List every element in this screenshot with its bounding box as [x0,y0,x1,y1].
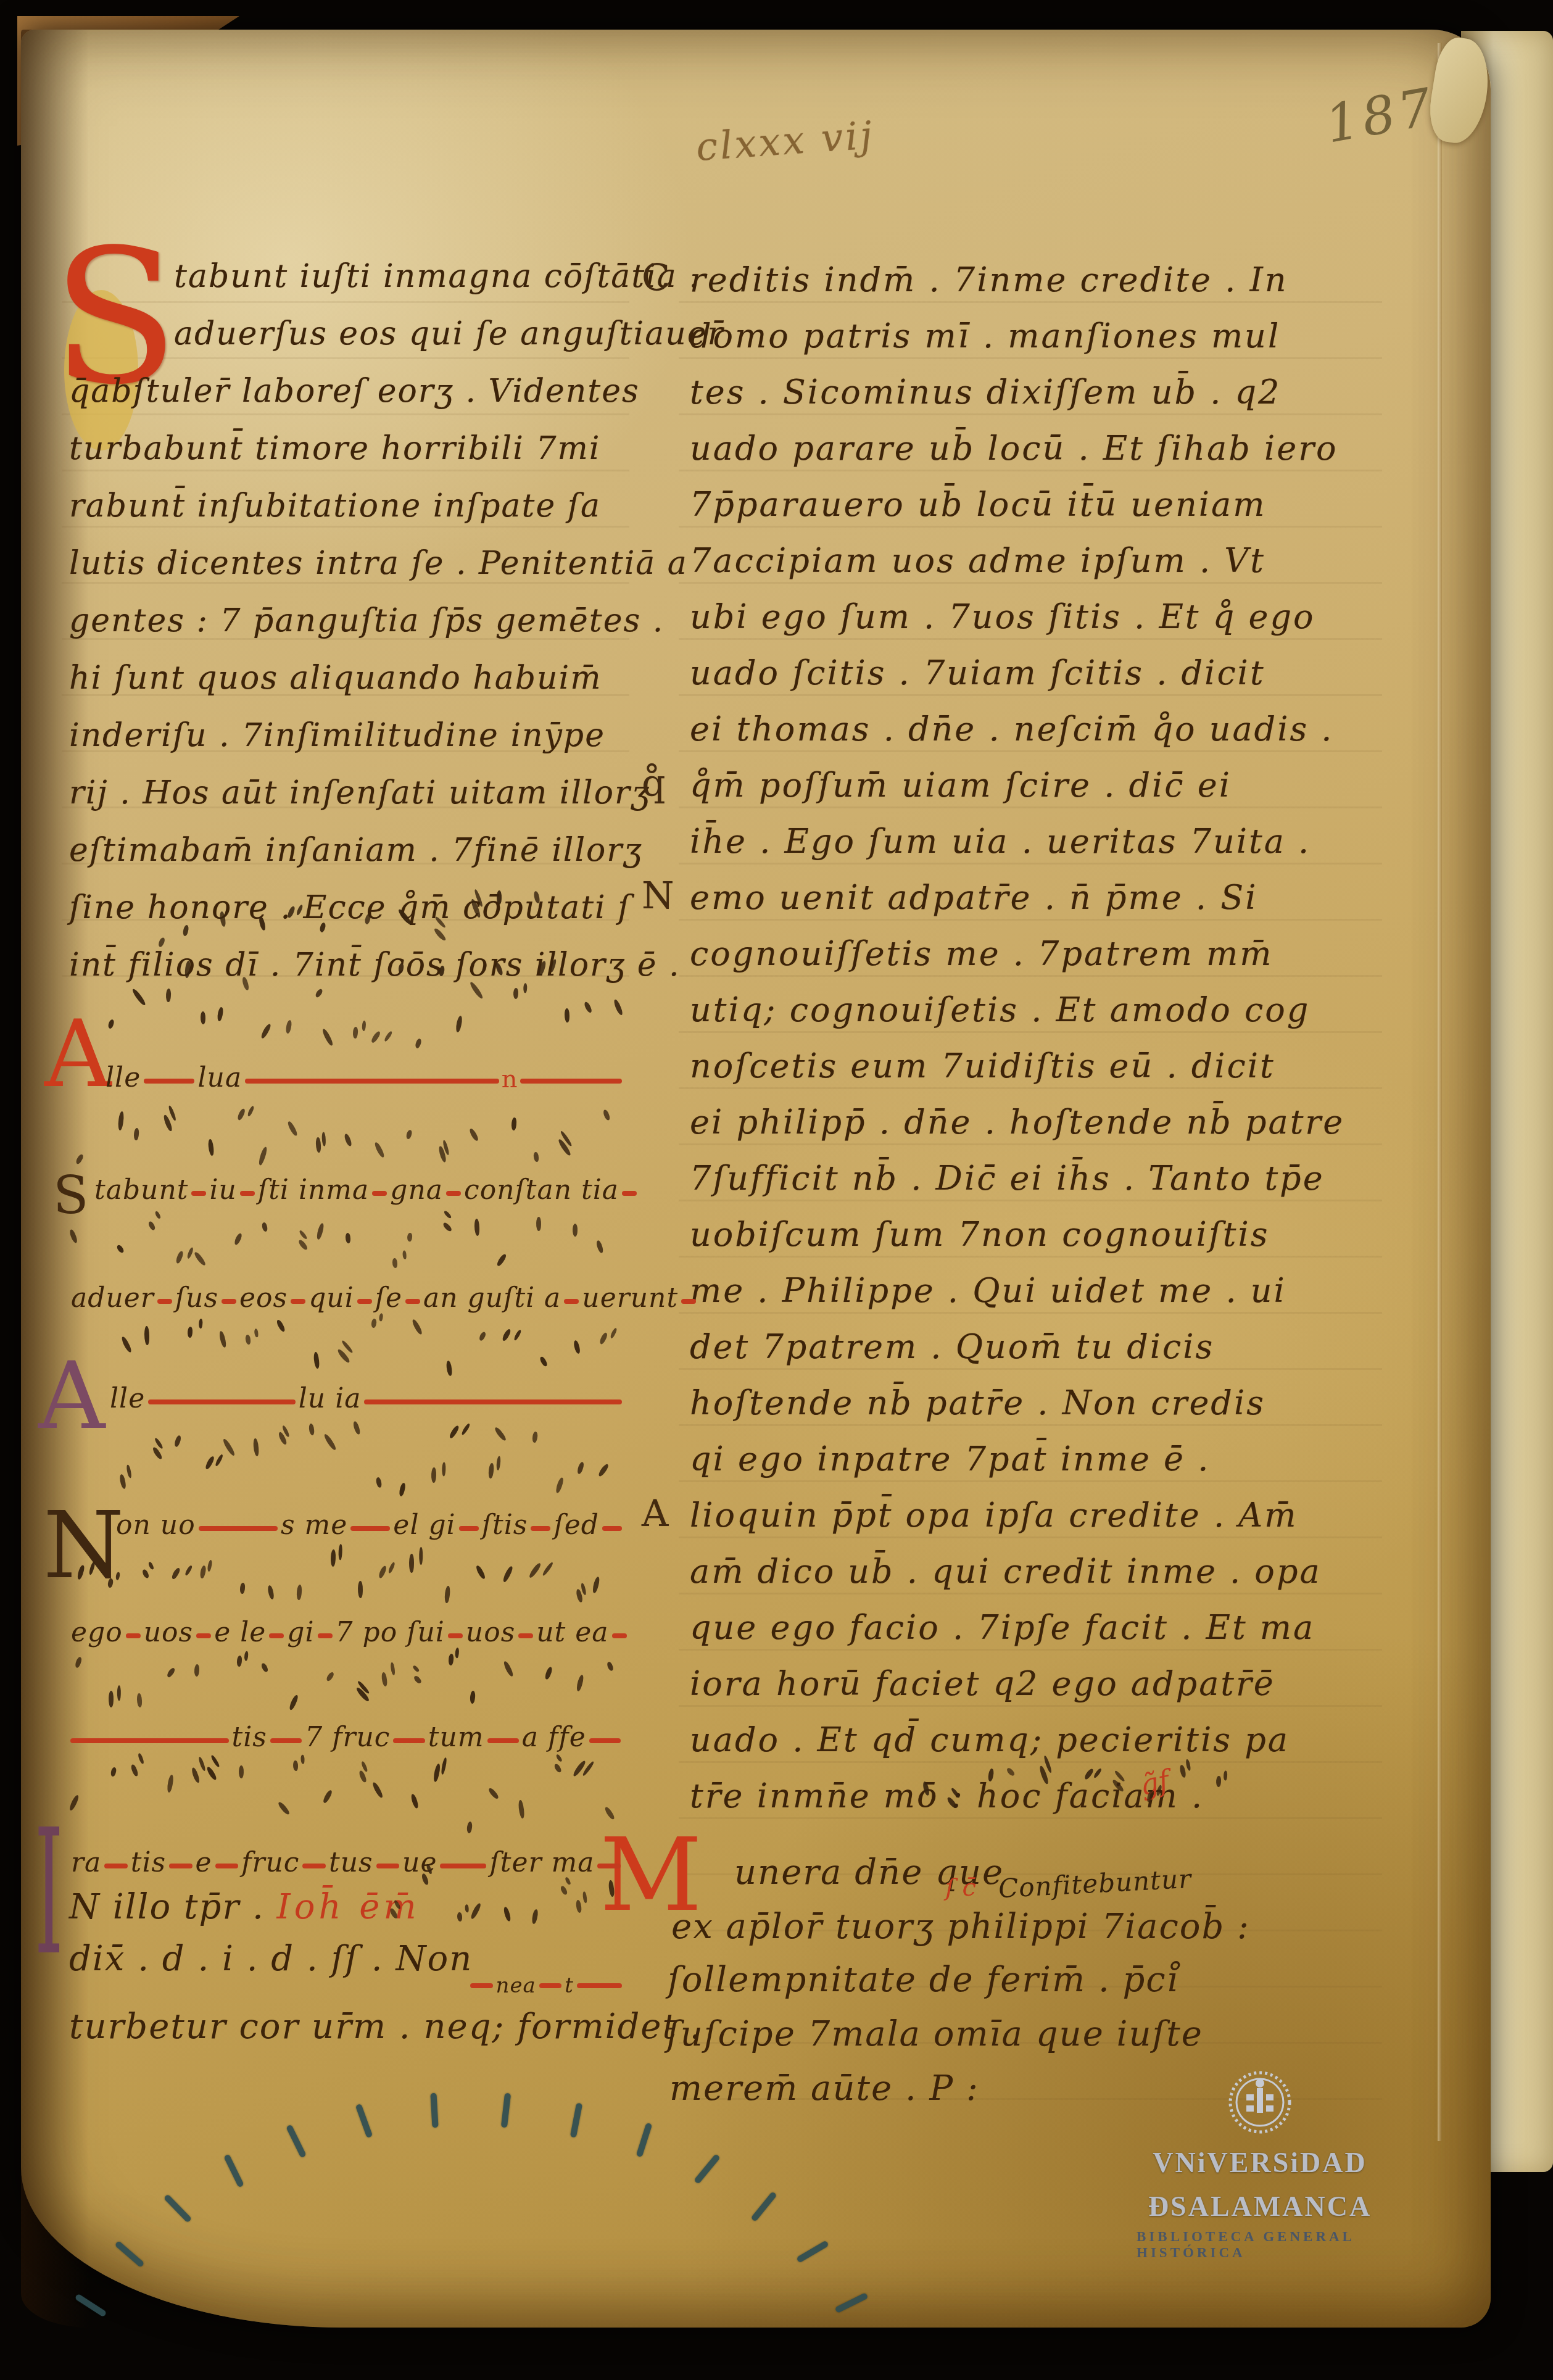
manuscript-line: rabunt̄ inſubitatione inſpate ſa [69,478,627,535]
initial-a-alleluia-2: A [38,1355,105,1438]
chant-guide-line [539,1983,562,1988]
chant-syllable: e le [214,1617,266,1648]
manuscript-line: ubi ego ſum . 7uos ſitis . Et q̊ ego [690,589,1365,645]
line-text: noſcetis eum 7uidiſtis eū . dicit [690,1047,1275,1085]
chant-syllable: eos [239,1282,288,1314]
chant-guide-line [376,1864,400,1868]
chant-guide-line [589,1738,621,1743]
collect-line-4: ſuſcipe 7mala omīa que iuſte [666,2014,1203,2054]
manuscript-line: tr̄e inmn̄e mō : hoc faciam . [690,1768,1365,1824]
manuscript-line: A lioquin p̄pt̄ opa ipſa credite . Am̄ [690,1487,1365,1543]
chant-guide-line [144,1079,194,1084]
chant-syllable: conſtan tia [464,1174,619,1206]
chant-syllable: an guſti a [423,1282,561,1314]
chant-syllable: ut ea [536,1617,608,1648]
manuscript-line: cognouiſſetis me . 7patrem mm̄ [690,926,1365,982]
chant-guide-line [470,1983,493,1988]
manuscript-line: q̊ q̊m̄ poſſum̄ uiam ſcire . dic̄ ei [690,757,1365,813]
line-text: ei philipp̄ . dn̄e . hoſtende nb̄ patre [690,1103,1344,1142]
chant-guide-line [364,1399,622,1404]
manuscript-photo: clxxx vij 187 S A S A N M I tabunt iuſti… [0,0,1553,2380]
line-text: ei thomas . dn̄e . neſcim̄ q̊o uadis . [690,710,1334,748]
incipit-line-3: turbetur cor ur̄m . neq; formidet . [69,2007,702,2047]
chant-guide-line [70,1738,229,1743]
chant-guide-line [518,1633,533,1638]
line-text: 7ſufficit nb̄ . Dic̄ ei ih̄s . Tanto tp̄… [690,1159,1325,1198]
chant-syllable: on uo [116,1509,196,1541]
manuscript-line: que ego facio . 7ipſe facit . Et ma [690,1599,1365,1656]
chant-syllable: lle [110,1383,145,1414]
margin-initial: A [642,1486,670,1542]
line-text: uado ſcitis . 7uiam ſcitis . dicit [690,653,1265,692]
logo-salamanca-line: ÐSALAMANCA [1148,2190,1372,2223]
line-text: tes . Sicominus dixiſſem ub̄ . q2 [690,373,1281,412]
chant-guide-line [126,1633,141,1638]
line-text: utiq; cognouiſetis . Et amodo cog [690,990,1310,1029]
chant-guide-line [148,1399,296,1404]
manuscript-line: 7ſufficit nb̄ . Dic̄ ei ih̄s . Tanto tp̄… [690,1150,1365,1206]
chant-syllable: el gi [393,1509,455,1541]
chant-syllable: tis [232,1722,267,1753]
logo-university-line: VNiVERSiDAD [1153,2146,1367,2179]
initial-i-in-illo: I [35,1815,63,1971]
red-cue-sc: ſ c̄ [945,1873,976,1902]
manuscript-line: q̄abſtuler̄ laboreſ eorʒ . Videntes [69,363,627,420]
manuscript-line: turbabunt̄ timore horribili 7mi [69,420,627,478]
chant-syllable: fruc [241,1847,299,1878]
line-text: cognouiſſetis me . 7patrem mm̄ [690,934,1273,973]
chant-syllable: uos [466,1617,515,1648]
chant-guide-line [196,1633,211,1638]
chant-guide-line [487,1738,519,1743]
chant-guide-line [240,1191,255,1196]
incipit-line-1: N illo tp̄r . Ioh̄ ēm̄ [69,1887,420,1927]
chant-guide-line [302,1864,326,1868]
chant-syllable: 7 po ſui [336,1617,445,1648]
chant-line-ego-vos: egouose legi7 po ſuiuosut ea [69,1611,622,1648]
chant-guide-line [440,1864,486,1868]
manuscript-line: gentes : 7 p̄anguſtia ſp̄s gemētes . [69,592,627,650]
manuscript-line: uado . Et qd̄ cumq; pecieritis pa [690,1712,1365,1768]
chant-syllable: aduer [71,1282,154,1314]
collect-line-3: ſollempnitate de ferim̄ . p̄ci̊ [668,1960,1179,2000]
chant-guide-line [104,1864,128,1868]
chant-syllable: ſtis [482,1509,528,1541]
manuscript-line: 7accipiam uos adme ipſum . Vt [690,533,1365,589]
chant-line-tis-fructum: tis7 fructuma ffe [69,1716,622,1753]
manuscript-line: ei thomas . dn̄e . neſcim̄ q̊o uadis . [690,701,1365,757]
chant-guide-line [405,1299,420,1304]
chant-guide-line [215,1864,239,1868]
chant-guide-line [269,1633,284,1638]
manuscript-line: me . Philippe . Qui uidet me . ui [690,1263,1365,1319]
line-text: domo patris mī . manſiones mul [690,317,1280,355]
line-text: me . Philippe . Qui uidet me . ui [690,1271,1286,1310]
chant-syllable: ſter ma [489,1847,594,1878]
chant-syllable: s me [281,1509,347,1541]
line-text: que ego facio . 7ipſe facit . Et ma [690,1608,1315,1647]
line-text: reditis indm̄ . 7inme credite . In [690,260,1288,299]
chant-syllable: t [565,1973,574,1998]
chant-guide-line [291,1299,305,1304]
manuscript-line: hoſtende nb̄ patr̄e . Non credis [690,1375,1365,1431]
line-text: det 7patrem . Quom̄ tu dicis [690,1327,1214,1366]
line-text: q̊m̄ poſſum̄ uiam ſcire . dic̄ ei [690,766,1232,805]
logo-library-line: BIBLIOTECA GENERAL HISTÓRICA [1137,2229,1383,2261]
manuscript-line: iora horū faciet q2 ego adpatr̄ē [690,1656,1365,1712]
manuscript-line: hi ſunt quos aliquando habuim̄ [69,650,627,707]
manuscript-line: det 7patrem . Quom̄ tu dicis [690,1319,1365,1375]
manuscript-line: C reditis indm̄ . 7inme credite . In [690,252,1365,308]
manuscript-line: uado parare ub̄ locū . Et ſihab iero [690,420,1365,476]
chant-guide-line [169,1864,193,1868]
line-text: qi ego inpatre 7pat̄ inme ē . [690,1440,1210,1478]
chant-guide-line [199,1526,278,1531]
chant-syllable: lua [197,1062,242,1093]
chant-syllable: ſe [375,1282,402,1314]
manuscript-line: noſcetis eum 7uidiſtis eū . dicit [690,1038,1365,1094]
manuscript-line: lutis dicentes intra ſe . Penitentiā a [69,535,627,592]
chant-guide-line [350,1526,390,1531]
manuscript-line: 7p̄parauero ub̄ locū it̄ū ueniam [690,476,1365,533]
incipit-line-2: dix̄ . d . i . d . ſſ . Non [69,1939,473,1979]
chant-guide-line [318,1633,333,1638]
chant-syllable: gna [390,1174,443,1206]
chant-syllable: tis [131,1847,166,1878]
manuscript-line: am̄ dico ub̄ . qui credit inme . opa [690,1543,1365,1599]
chant-guide-line [622,1191,637,1196]
chant-guide-line [577,1983,622,1988]
manuscript-line: eſtimabam̄ inſaniam . 7finē illorʒ [69,822,627,879]
evangelist-rubric: Ioh̄ ēm̄ [277,1887,420,1927]
chant-syllable: tum [428,1722,484,1753]
manuscript-line: aduerſus eos qui ſe anguſtiauer̄ [69,305,627,363]
chant-guide-line [446,1191,461,1196]
incipit-text: N illo tp̄r . [69,1887,265,1927]
chant-syllable: iu [209,1174,236,1206]
chant-syllable: ſed [553,1509,599,1541]
library-watermark: VNiVERSiDAD ÐSALAMANCA BIBLIOTECA GENERA… [1137,2067,1383,2261]
line-text: tr̄e inmn̄e mō : hoc faciam . [690,1777,1204,1815]
right-text-column: C reditis indm̄ . 7inme credite . In dom… [690,252,1365,1824]
chant-syllable: gi [287,1617,314,1648]
chant-guide-line [191,1191,206,1196]
chant-guide-line [531,1526,550,1531]
chant-guide-line [448,1633,463,1638]
manuscript-line: uobiſcum ſum 7non cognouiſtis [690,1206,1365,1263]
line-text: emo uenit adpatr̄e . n̄ p̄me . Si [690,878,1257,917]
chant-line-neat: neat [469,1970,623,1998]
manuscript-line: ei philipp̄ . dn̄e . hoſtende nb̄ patre [690,1094,1365,1150]
chant-guide-line [597,1864,621,1868]
page-edge-seam [1438,43,1442,2141]
manuscript-line: ih̄e . Ego ſum uia . ueritas 7uita . [690,813,1365,869]
chant-line-aduersus: aduerſuseosquiſean guſti auerunt [69,1277,622,1314]
chant-guide-line [393,1738,424,1743]
line-text: am̄ dico ub̄ . qui credit inme . opa [690,1552,1322,1591]
chant-line-non-vos: on uos meel giſtisſed [114,1504,623,1541]
manuscript-line: int̄ filios dī . 7int̄ ſcōs ſors illorʒ … [69,937,627,994]
chant-syllable: ſus [175,1282,218,1314]
chant-guide-line [564,1299,579,1304]
chant-line-alleluia-2: llelu ia [108,1377,623,1414]
chant-syllable: ra [71,1847,101,1878]
manuscript-line: inderiſu . 7inſimilitudine inȳpe [69,707,627,765]
chant-guide-line [602,1526,622,1531]
chant-guide-line [681,1299,696,1304]
initial-a-alleluia-1: A [44,1013,111,1097]
line-text: uado . Et qd̄ cumq; pecieritis pa [690,1720,1290,1759]
chant-syllable: uos [144,1617,193,1648]
chant-syllable: lle [106,1062,141,1093]
chant-syllable: e [196,1847,212,1878]
line-text: ih̄e . Ego ſum uia . ueritas 7uita . [690,822,1311,861]
chant-guide-line [357,1299,372,1304]
manuscript-line: rij . Hos aūt inſenſati uitam illorʒ [69,765,627,822]
left-text-column: tabunt iuſti inmagna cōſtātia .aduerſus … [69,248,627,994]
line-text: 7accipiam uos adme ipſum . Vt [690,541,1265,580]
chant-syllable: 7 fruc [305,1722,390,1753]
manuscript-line: N emo uenit adpatr̄e . n̄ p̄me . Si [690,869,1365,926]
chant-line-alleluia-1: lleluan [104,1056,623,1093]
margin-initial: N [642,868,676,924]
manuscript-line: domo patris mī . manſiones mul [690,308,1365,364]
margin-initial: q̊ [642,756,667,812]
chant-guide-line [270,1738,302,1743]
manuscript-line: qi ego inpatre 7pat̄ inme ē . [690,1431,1365,1487]
chant-syllable: qui [309,1282,354,1314]
chant-guide-line [612,1633,627,1638]
chant-guide-line [520,1079,622,1084]
line-text: iora horū faciet q2 ego adpatr̄ē [690,1664,1275,1703]
chant-syllable: tabunt [94,1174,188,1206]
manuscript-line: uado ſcitis . 7uiam ſcitis . dicit [690,645,1365,701]
initial-n-non-vos: N [43,1504,124,1588]
chant-syllable: a ffe [522,1722,586,1753]
chant-syllable: ſti inma [258,1174,369,1206]
chant-syllable: ego [71,1617,123,1648]
chant-guide-line [245,1079,499,1084]
chant-syllable: lu ia [299,1383,362,1414]
red-neume-glyph: n [502,1065,518,1093]
chant-line-ratis-fructus: ratisefructusueſter ma [69,1841,622,1878]
chant-guide-line [157,1299,172,1304]
line-text: uobiſcum ſum 7non cognouiſtis [690,1215,1270,1254]
chant-guide-line [372,1191,387,1196]
collect-line-5: merem̄ aūte . P : [669,2068,979,2108]
line-text: uado parare ub̄ locū . Et ſihab iero [690,429,1338,468]
margin-initial: C [642,251,672,307]
university-seal-icon [1228,2067,1292,2135]
manuscript-line: ſine honore . Ecce q̊m̄ cōputati ſ [69,879,627,937]
initial-s-chant-stabunt: S [53,1172,89,1219]
chant-line-stabunt: tabuntiuſti inmagnaconſtan tia [93,1169,622,1206]
manuscript-line: utiq; cognouiſetis . Et amodo cog [690,982,1365,1038]
line-text: lioquin p̄pt̄ opa ipſa credite . Am̄ [690,1496,1298,1535]
chant-guide-line [459,1526,479,1531]
manuscript-line: tes . Sicominus dixiſſem ub̄ . q2 [690,364,1365,420]
line-text: 7p̄parauero ub̄ locū it̄ū ueniam [690,485,1267,524]
chant-syllable: uerunt [582,1282,678,1314]
line-text: ubi ego ſum . 7uos ſitis . Et q̊ ego [690,597,1315,636]
line-text: hoſtende nb̄ patr̄e . Non credis [690,1383,1265,1422]
chant-syllable: tus [329,1847,373,1878]
chant-guide-line [222,1299,236,1304]
collect-line-2: ex ap̄lor̄ tuorʒ philippi 7iacob̄ : [671,1907,1250,1947]
chant-syllable: ue [402,1847,437,1878]
chant-syllable: nea [496,1973,536,1998]
manuscript-line: tabunt iuſti inmagna cōſtātia . [69,248,627,305]
